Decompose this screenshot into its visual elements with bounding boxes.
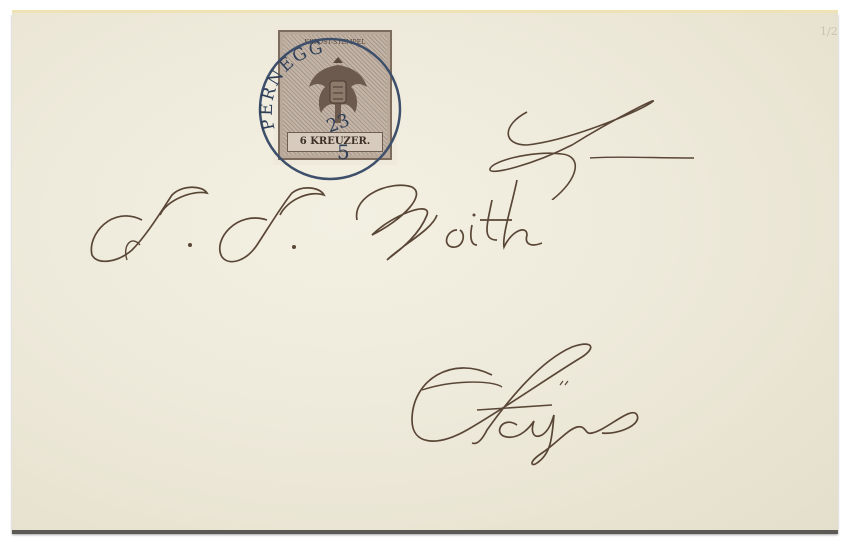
svg-text:5: 5 [337, 140, 350, 164]
svg-text:PERNEGG: PERNEGG [257, 38, 327, 133]
envelope: 1/2 KKPOST-STEMPEL 6 KREUZER. PERNEGG 23 [12, 10, 838, 530]
svg-text:Steyr: Steyr [392, 335, 395, 336]
svg-text:23: 23 [324, 110, 353, 138]
svg-text:J. J. Voith: J. J. Voith [72, 175, 77, 176]
destination-place-script: Steyr [392, 335, 682, 470]
svg-text:Herrn: Herrn [589, 161, 593, 163]
postmark-icon: PERNEGG 23 5 [255, 34, 405, 184]
corner-marking: 1/2 [820, 26, 838, 38]
addressee-name-script: J. J. Voith [72, 175, 592, 280]
